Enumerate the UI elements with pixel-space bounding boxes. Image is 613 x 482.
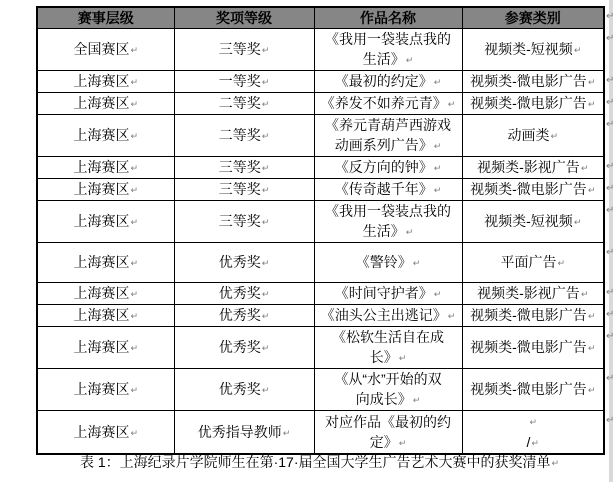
cell-title: 《从“水”开始的双向成长》↵ bbox=[314, 369, 462, 411]
cell-category: 视频类-影视广告↵ bbox=[462, 157, 604, 179]
cell-level: 上海赛区↵ bbox=[37, 71, 174, 93]
cell-category: 视频类-微电影广告↵ bbox=[462, 305, 604, 327]
cell-level: 上海赛区↵ bbox=[37, 201, 174, 243]
table-row: 全国赛区↵三等奖↵《我用一袋装点我的生活》↵视频类-短视频↵ bbox=[37, 29, 604, 71]
cell-end-mark-icon: ↵ bbox=[130, 343, 138, 353]
table-row: 上海赛区↵二等奖↵《养元青葫芦西游戏动画系列广告》↵动画类↵ bbox=[37, 115, 604, 157]
cell-level: 上海赛区↵ bbox=[37, 283, 174, 305]
row-end-mark-icon: ↵ bbox=[606, 205, 613, 217]
cell-end-mark-icon: ↵ bbox=[448, 311, 456, 321]
cell-end-mark-icon: ↵ bbox=[130, 131, 138, 141]
paragraph-mark-icon: ↵ bbox=[552, 458, 560, 468]
cell-award: 三等奖↵ bbox=[174, 29, 314, 71]
cell-category: 视频类-微电影广告↵ bbox=[462, 93, 604, 115]
cell-award: 二等奖↵ bbox=[174, 93, 314, 115]
cell-end-mark-icon: ↵ bbox=[434, 141, 442, 151]
cell-end-mark-icon: ↵ bbox=[557, 258, 565, 268]
header-entry-category: 参赛类别 bbox=[462, 7, 604, 29]
cell-level: 全国赛区↵ bbox=[37, 29, 174, 71]
cell-title: 《最初的约定》↵ bbox=[314, 71, 462, 93]
cell-end-mark-icon: ↵ bbox=[588, 385, 596, 395]
cell-end-mark-icon: ↵ bbox=[581, 289, 589, 299]
cell-end-mark-icon: ↵ bbox=[130, 185, 138, 195]
header-event-level: 赛事层级 bbox=[37, 7, 174, 29]
award-table: 赛事层级 奖项等级 作品名称 参赛类别 全国赛区↵三等奖↵《我用一袋装点我的生活… bbox=[36, 6, 605, 455]
cell-end-mark-icon: ↵ bbox=[399, 353, 407, 363]
header-award-grade: 奖项等级 bbox=[174, 7, 314, 29]
row-end-mark-icon: ↵ bbox=[606, 415, 613, 427]
row-end-mark-icon: ↵ bbox=[606, 11, 613, 23]
cell-title: 《传奇越千年》↵ bbox=[314, 179, 462, 201]
cell-title: 《油头公主出逃记》↵ bbox=[314, 305, 462, 327]
cell-category: 平面广告↵ bbox=[462, 243, 604, 283]
cell-level: 上海赛区↵ bbox=[37, 157, 174, 179]
cell-end-mark-icon: ↵ bbox=[130, 311, 138, 321]
cell-end-mark-icon: ↵ bbox=[262, 217, 270, 227]
document-page: 赛事层级 奖项等级 作品名称 参赛类别 全国赛区↵三等奖↵《我用一袋装点我的生活… bbox=[0, 0, 613, 482]
cell-end-mark-icon: ↵ bbox=[434, 77, 442, 87]
cell-level: 上海赛区↵ bbox=[37, 179, 174, 201]
table-row: 上海赛区↵优秀奖↵《油头公主出逃记》↵视频类-微电影广告↵ bbox=[37, 305, 604, 327]
cell-category: 视频类-微电影广告↵ bbox=[462, 369, 604, 411]
row-end-mark-icon: ↵ bbox=[606, 373, 613, 385]
cell-category: 视频类-微电影广告↵ bbox=[462, 71, 604, 93]
cell-end-mark-icon: ↵ bbox=[130, 217, 138, 227]
cell-award: 优秀奖↵ bbox=[174, 243, 314, 283]
cell-category: 视频类-微电影广告↵ bbox=[462, 327, 604, 369]
cell-end-mark-icon: ↵ bbox=[130, 99, 138, 109]
cell-end-mark-icon: ↵ bbox=[262, 131, 270, 141]
row-end-mark-icon: ↵ bbox=[606, 331, 613, 343]
cell-end-mark-icon: ↵ bbox=[413, 258, 421, 268]
table-header-row: 赛事层级 奖项等级 作品名称 参赛类别 bbox=[37, 7, 604, 29]
row-end-mark-icon: ↵ bbox=[606, 247, 613, 259]
award-table-container: 赛事层级 奖项等级 作品名称 参赛类别 全国赛区↵三等奖↵《我用一袋装点我的生活… bbox=[36, 6, 603, 455]
cell-title: 《时间守护者》↵ bbox=[314, 283, 462, 305]
cell-title: 对应作品《最初的约定》↵ bbox=[314, 411, 462, 455]
cell-end-mark-icon: ↵ bbox=[574, 217, 582, 227]
cell-title: 《我用一袋装点我的生活》↵ bbox=[314, 29, 462, 71]
cell-category: ↵/↵ bbox=[462, 411, 604, 455]
cell-end-mark-icon: ↵ bbox=[262, 185, 270, 195]
cell-end-mark-icon: ↵ bbox=[399, 438, 407, 448]
cell-category: 视频类-短视频↵ bbox=[462, 201, 604, 243]
cell-end-mark-icon: ↵ bbox=[434, 163, 442, 173]
table-row: 上海赛区↵优秀指导教师↵对应作品《最初的约定》↵↵/↵ bbox=[37, 411, 604, 455]
cell-award: 三等奖↵ bbox=[174, 179, 314, 201]
cell-end-mark-icon: ↵ bbox=[130, 163, 138, 173]
cell-end-mark-icon: ↵ bbox=[434, 185, 442, 195]
cell-end-mark-icon: ↵ bbox=[588, 343, 596, 353]
cell-end-mark-icon: ↵ bbox=[262, 77, 270, 87]
row-end-mark-icon: ↵ bbox=[606, 309, 613, 321]
row-end-mark-icon: ↵ bbox=[606, 183, 613, 195]
cell-end-mark-icon: ↵ bbox=[130, 385, 138, 395]
table-row: 上海赛区↵三等奖↵《传奇越千年》↵视频类-微电影广告↵ bbox=[37, 179, 604, 201]
cell-end-mark-icon: ↵ bbox=[262, 258, 270, 268]
cell-end-mark-icon: ↵ bbox=[588, 311, 596, 321]
cell-award: 三等奖↵ bbox=[174, 201, 314, 243]
cell-level: 上海赛区↵ bbox=[37, 243, 174, 283]
table-row: 上海赛区↵一等奖↵《最初的约定》↵视频类-微电影广告↵ bbox=[37, 71, 604, 93]
cell-end-mark-icon: ↵ bbox=[262, 99, 270, 109]
cell-level: 上海赛区↵ bbox=[37, 305, 174, 327]
cell-award: 优秀奖↵ bbox=[174, 369, 314, 411]
table-row: 上海赛区↵优秀奖↵《松软生活自在成长》↵视频类-微电影广告↵ bbox=[37, 327, 604, 369]
cell-title: 《养元青葫芦西游戏动画系列广告》↵ bbox=[314, 115, 462, 157]
cell-end-mark-icon: ↵ bbox=[262, 343, 270, 353]
cell-title: 《养发不如养元青》↵ bbox=[314, 93, 462, 115]
cell-award: 优秀奖↵ bbox=[174, 327, 314, 369]
cell-end-mark-icon: ↵ bbox=[262, 311, 270, 321]
cell-level: 上海赛区↵ bbox=[37, 115, 174, 157]
cell-title: 《警铃》↵ bbox=[314, 243, 462, 283]
cell-category: 视频类-短视频↵ bbox=[462, 29, 604, 71]
cell-end-mark-icon: ↵ bbox=[588, 77, 596, 87]
cell-award: 优秀指导教师↵ bbox=[174, 411, 314, 455]
row-end-mark-icon: ↵ bbox=[606, 119, 613, 131]
cell-end-mark-icon: ↵ bbox=[283, 428, 291, 438]
cell-award: 优秀奖↵ bbox=[174, 283, 314, 305]
table-row: 上海赛区↵二等奖↵《养发不如养元青》↵视频类-微电影广告↵ bbox=[37, 93, 604, 115]
table-row: 上海赛区↵优秀奖↵《从“水”开始的双向成长》↵视频类-微电影广告↵ bbox=[37, 369, 604, 411]
cell-end-mark-icon: ↵ bbox=[588, 185, 596, 195]
cell-end-mark-icon: ↵ bbox=[130, 77, 138, 87]
cell-title: 《松软生活自在成长》↵ bbox=[314, 327, 462, 369]
row-end-mark-icon: ↵ bbox=[606, 75, 613, 87]
table-row: 上海赛区↵三等奖↵《反方向的钟》↵视频类-影视广告↵ bbox=[37, 157, 604, 179]
row-end-mark-icon: ↵ bbox=[606, 161, 613, 173]
cell-award: 二等奖↵ bbox=[174, 115, 314, 157]
cell-award: 三等奖↵ bbox=[174, 157, 314, 179]
cell-title: 《我用一袋装点我的生活》↵ bbox=[314, 201, 462, 243]
row-end-mark-icon: ↵ bbox=[606, 97, 613, 109]
cell-category: 视频类-影视广告↵ bbox=[462, 283, 604, 305]
cell-end-mark-icon: ↵ bbox=[262, 289, 270, 299]
table-row: 上海赛区↵优秀奖↵《警铃》↵平面广告↵ bbox=[37, 243, 604, 283]
cell-end-mark-icon: ↵ bbox=[406, 55, 414, 65]
cell-level: 上海赛区↵ bbox=[37, 411, 174, 455]
row-end-mark-icon: ↵ bbox=[606, 287, 613, 299]
cell-end-mark-icon: ↵ bbox=[262, 163, 270, 173]
header-work-title: 作品名称 bbox=[314, 7, 462, 29]
cell-level: 上海赛区↵ bbox=[37, 327, 174, 369]
cell-category: 动画类↵ bbox=[462, 115, 604, 157]
window-edge-strip bbox=[609, 0, 613, 482]
cell-end-mark-icon: ↵ bbox=[130, 428, 138, 438]
table-caption: 表 1：上海纪录片学院师生在第·17·届全国大学生广告艺术大赛中的获奖清单↵ bbox=[36, 452, 603, 472]
cell-title: 《反方向的钟》↵ bbox=[314, 157, 462, 179]
table-body: 全国赛区↵三等奖↵《我用一袋装点我的生活》↵视频类-短视频↵上海赛区↵一等奖↵《… bbox=[37, 29, 604, 455]
table-row: 上海赛区↵优秀奖↵《时间守护者》↵视频类-影视广告↵ bbox=[37, 283, 604, 305]
cell-end-mark-icon: ↵ bbox=[262, 45, 270, 55]
table-row: 上海赛区↵三等奖↵《我用一袋装点我的生活》↵视频类-短视频↵ bbox=[37, 201, 604, 243]
cell-level: 上海赛区↵ bbox=[37, 93, 174, 115]
cell-end-mark-icon: ↵ bbox=[406, 227, 414, 237]
cell-end-mark-icon: ↵ bbox=[550, 131, 558, 141]
cell-award: 优秀奖↵ bbox=[174, 305, 314, 327]
cell-end-mark-icon: ↵ bbox=[448, 99, 456, 109]
cell-level: 上海赛区↵ bbox=[37, 369, 174, 411]
cell-end-mark-icon: ↵ bbox=[434, 289, 442, 299]
cell-end-mark-icon: ↵ bbox=[581, 163, 589, 173]
cell-end-mark-icon: ↵ bbox=[588, 99, 596, 109]
cell-end-mark-icon: ↵ bbox=[531, 438, 539, 448]
cell-end-mark-icon: ↵ bbox=[574, 45, 582, 55]
cell-end-mark-icon: ↵ bbox=[413, 395, 421, 405]
cell-end-mark-icon: ↵ bbox=[130, 45, 138, 55]
row-end-mark-icon: ↵ bbox=[606, 33, 613, 45]
cell-award: 一等奖↵ bbox=[174, 71, 314, 93]
caption-text: 表 1：上海纪录片学院师生在第·17·届全国大学生广告艺术大赛中的获奖清单 bbox=[80, 454, 551, 470]
cell-end-mark-icon: ↵ bbox=[130, 289, 138, 299]
cell-end-mark-icon: ↵ bbox=[529, 417, 537, 427]
cell-end-mark-icon: ↵ bbox=[262, 385, 270, 395]
cell-category: 视频类-微电影广告↵ bbox=[462, 179, 604, 201]
cell-end-mark-icon: ↵ bbox=[130, 258, 138, 268]
